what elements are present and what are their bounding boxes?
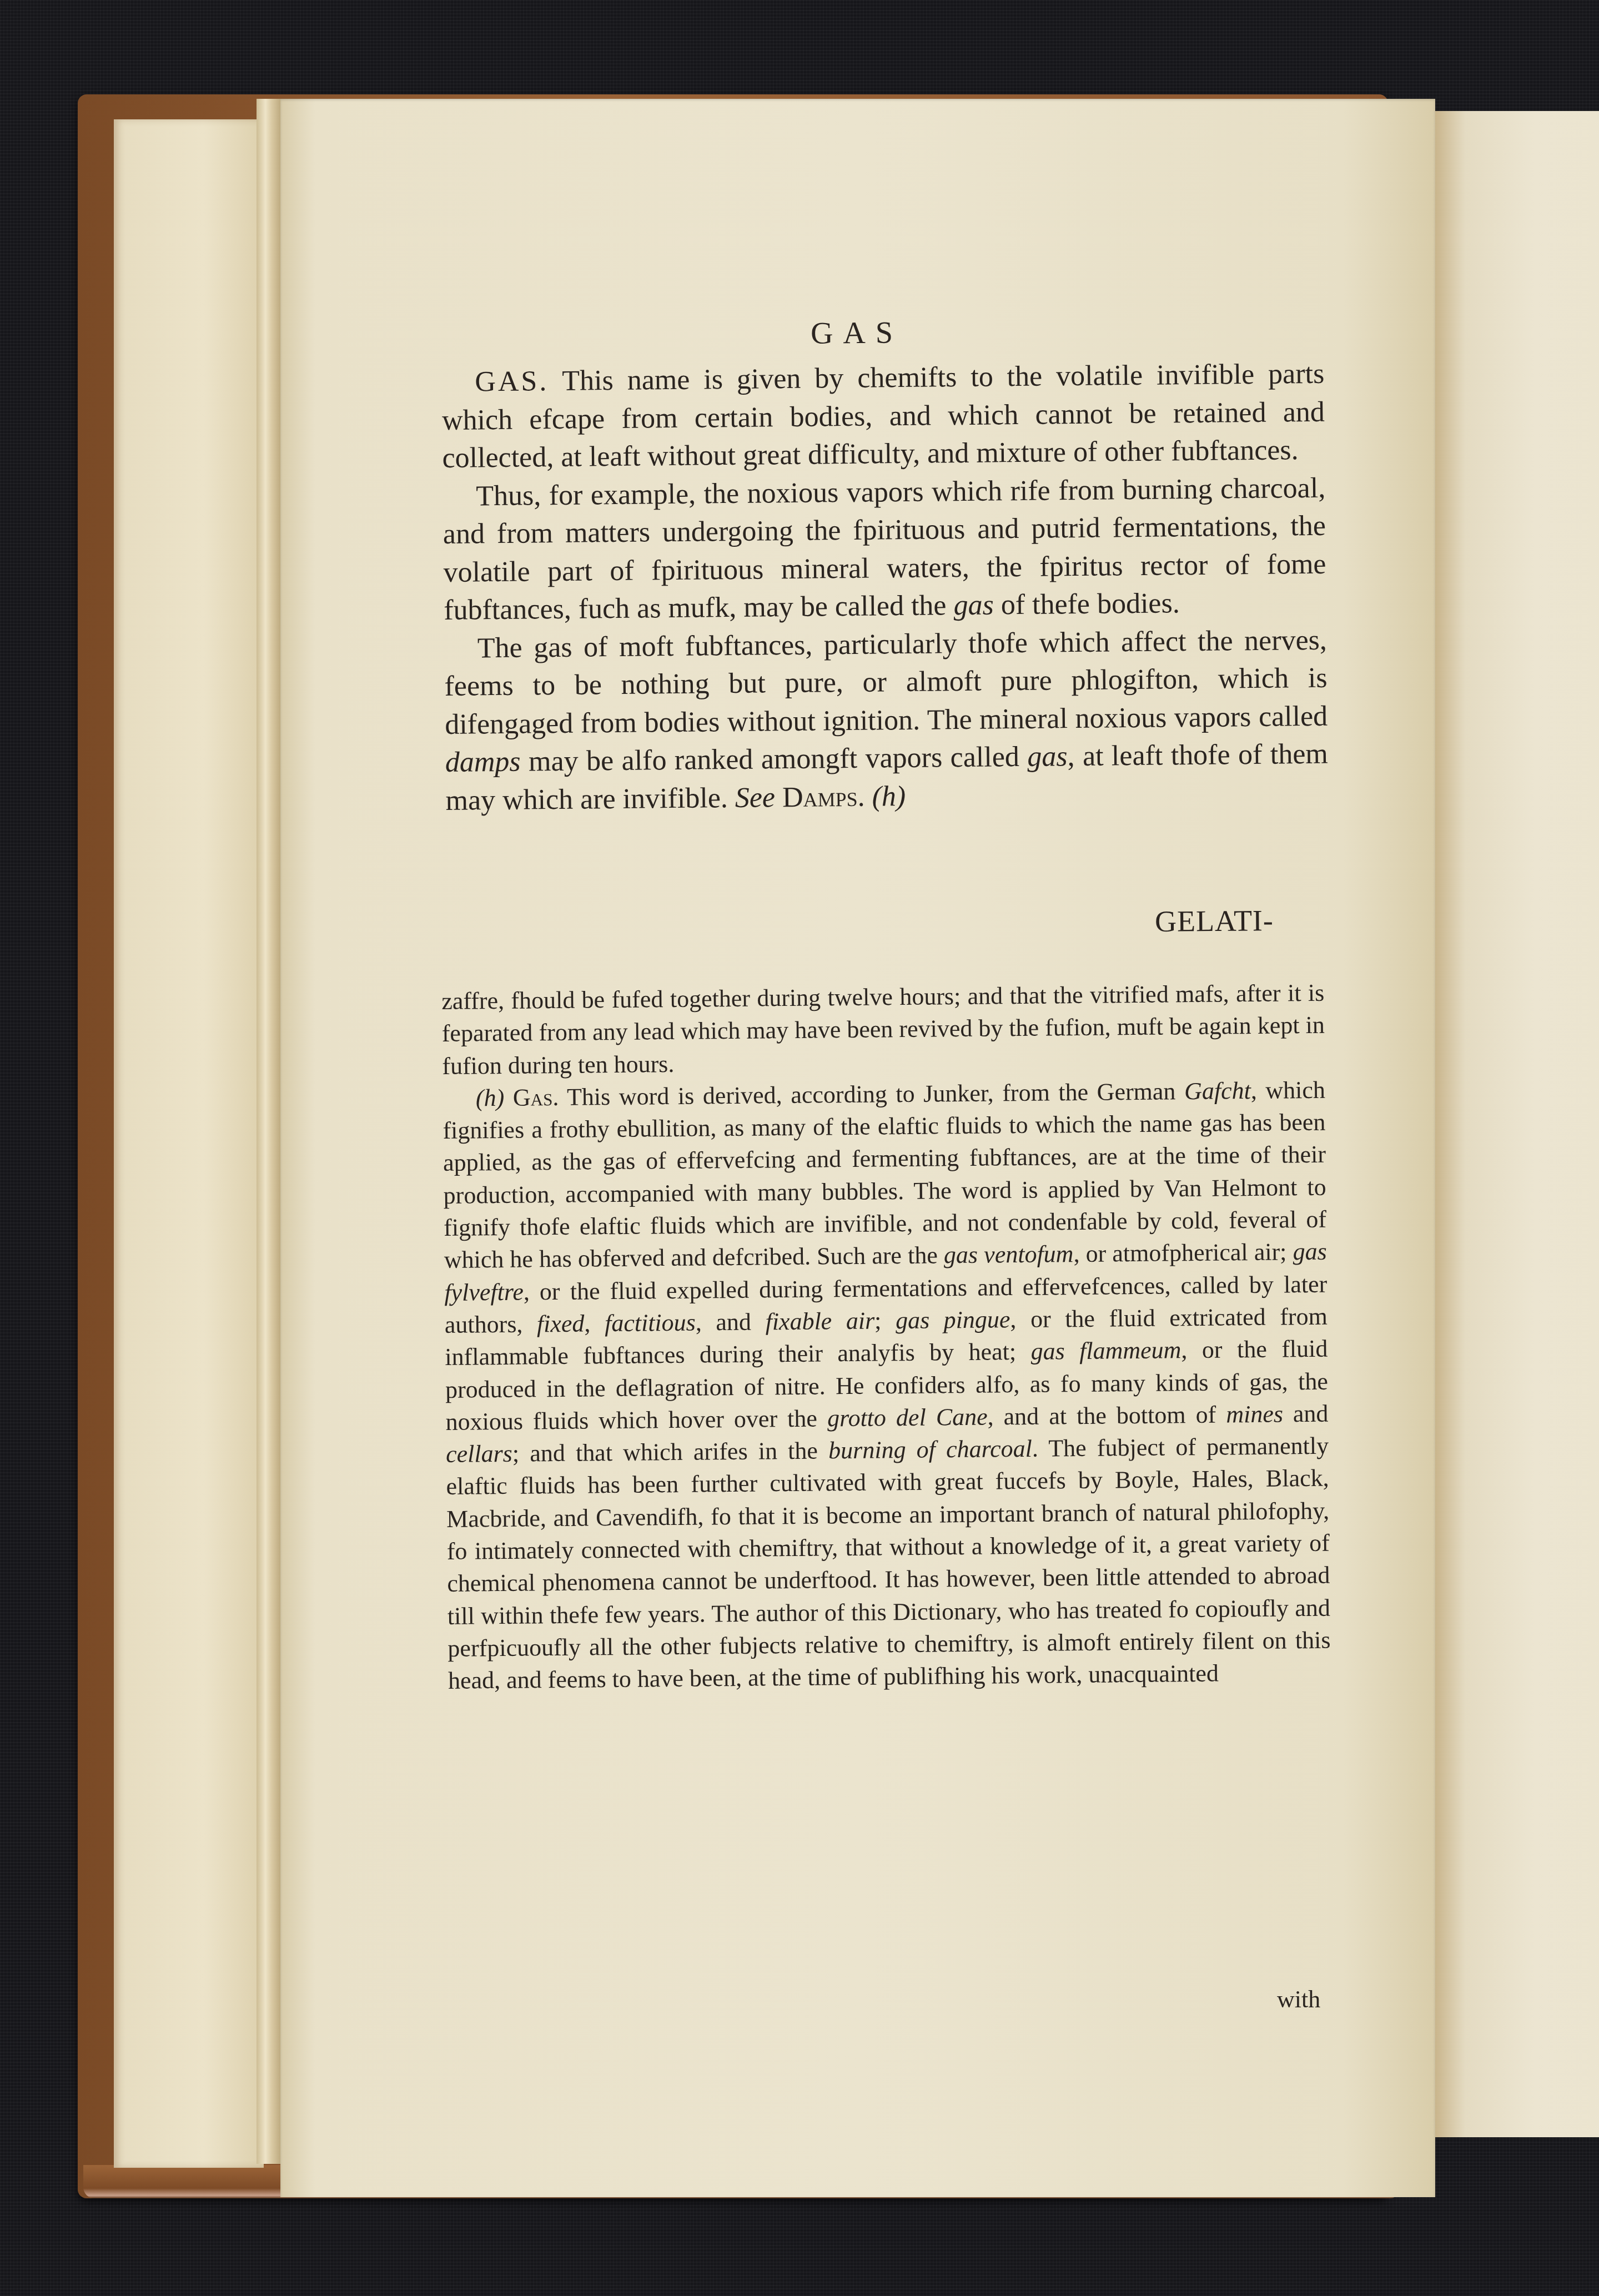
footnote-h: (h) Gas. This word is derived, according…: [443, 1074, 1331, 1698]
italic-term: gas pingue: [896, 1306, 1010, 1334]
text-segment: and: [1283, 1400, 1329, 1428]
facing-page-edge: [1435, 111, 1599, 2137]
italic-term: mines: [1226, 1400, 1283, 1428]
entry-paragraph-2: Thus, for example, the noxious vapors wh…: [443, 469, 1327, 630]
italic-term: factitious: [605, 1309, 696, 1337]
italic-term: cellars: [446, 1440, 512, 1468]
left-flyleaf: [114, 119, 264, 2168]
footnote-catchword: with: [1277, 1985, 1320, 2013]
text-segment: [775, 782, 783, 813]
entry-paragraph-1-text: This name is given by chemifts to the vo…: [442, 358, 1325, 474]
italic-term: gas: [953, 589, 994, 621]
cross-reference-damps: Damps.: [782, 781, 865, 813]
footnotes: zaffre, fhould be fufed together during …: [441, 977, 1331, 1698]
italic-term: damps: [445, 746, 521, 778]
text-segment: , or atmofpherical air;: [1073, 1238, 1293, 1268]
text-segment: The gas of moft fubftances, particularly…: [444, 624, 1328, 740]
italic-term: grotto del Cane: [827, 1403, 988, 1432]
text-segment: ; and that which arifes in the: [512, 1437, 829, 1467]
entry-headword: GAS.: [475, 365, 549, 397]
running-head: GAS: [811, 315, 903, 351]
text-segment: . The fubject of permanently elaftic flu…: [446, 1432, 1330, 1694]
footnote-continuation: zaffre, fhould be fufed together during …: [441, 977, 1325, 1082]
italic-term: fixed: [537, 1310, 585, 1338]
catchword: GELATI-: [1155, 903, 1274, 939]
italic-term: gas ventofum: [944, 1240, 1074, 1268]
text-segment: [864, 781, 872, 812]
text-segment: This word is derived, according to Junke…: [559, 1077, 1184, 1111]
italic-term: burning of charcoal: [828, 1435, 1032, 1464]
page-gutter-fold: [257, 99, 282, 2164]
entry-paragraph-3: The gas of moft fubftances, particularly…: [444, 621, 1329, 820]
text-segment: ;: [874, 1307, 896, 1334]
entry-paragraph-1: GAS. This name is given by chemifts to t…: [441, 355, 1325, 478]
footnote-label: Gas.: [513, 1084, 559, 1111]
text-segment: may be alfo ranked amongft vapors called: [520, 741, 1027, 778]
text-segment: , and at the bottom of: [987, 1401, 1226, 1430]
main-entry-text: GAS. This name is given by chemifts to t…: [441, 355, 1329, 820]
italic-term: gas: [1027, 741, 1068, 773]
text-segment: ,: [584, 1310, 605, 1337]
see-reference-label: See: [735, 782, 776, 814]
text-segment: of thefe bodies.: [994, 587, 1180, 621]
footnote-marker: (h): [476, 1084, 505, 1111]
text-segment: Thus, for example, the noxious vapors wh…: [443, 472, 1326, 626]
italic-term: Gafcht: [1184, 1077, 1251, 1105]
text-segment: , and: [696, 1308, 766, 1336]
italic-term: gas flammeum: [1030, 1337, 1181, 1366]
italic-term: fixable air: [765, 1307, 874, 1336]
footnote-marker: (h): [872, 781, 906, 813]
